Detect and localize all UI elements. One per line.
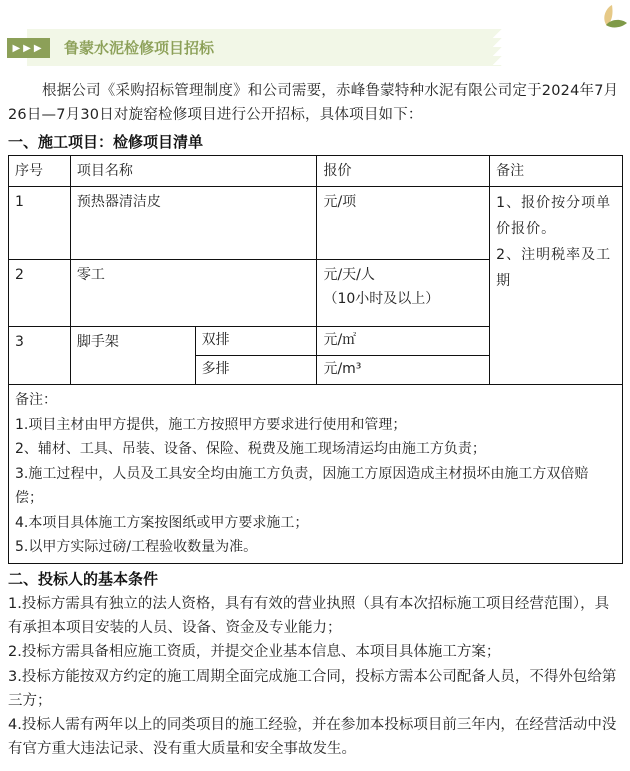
row-price: 元/天/人 （10小时及以上） [317,260,490,327]
note-item: 3.施工过程中，人员及工具安全均由施工方负责，因施工方原因造成主材损坏由施工方双… [15,462,616,511]
leaf-icon [598,4,630,30]
notes-cell: 备注： 1.项目主材由甲方提供，施工方按照甲方要求进行使用和管理； 2、辅材、工… [9,385,623,564]
header-name: 项目名称 [70,156,317,187]
notes-row: 备注： 1.项目主材由甲方提供，施工方按照甲方要求进行使用和管理； 2、辅材、工… [9,385,623,564]
remark-cell: 1、报价按分项单价报价。 2、注明税率及工期 [490,187,623,385]
section-2-heading: 二、投标人的基本条件 [8,567,158,591]
row-price: 元/m³ [317,356,490,385]
row-name: 零工 [70,260,317,327]
row-name: 预热器清洁皮 [70,187,317,260]
note-item: 5.以甲方实际过磅/工程验收数量为准。 [15,535,616,560]
header-remark: 备注 [490,156,623,187]
conditions-list: 1.投标方需具有独立的法人资格，具有有效的营业执照（具有本次招标施工项目经营范围… [8,592,623,761]
row-no: 3 [9,327,71,385]
condition-item: 1.投标方需具有独立的法人资格，具有有效的营业执照（具有本次招标施工项目经营范围… [8,592,623,640]
row-price-unit: 元/天/人 [323,263,483,287]
row-price-note: （10小时及以上） [323,287,483,311]
remark-line: 1、报价按分项单价报价。 [496,190,616,242]
page-title: 鲁蒙水泥检修项目招标 [64,37,214,59]
triple-arrow-icon: ▶▶▶ [7,38,50,58]
row-subtype: 多排 [195,356,317,385]
table-row: 1 预热器清洁皮 元/项 1、报价按分项单价报价。 2、注明税率及工期 [9,187,623,260]
intro-paragraph: 根据公司《采购招标管理制度》和公司需要，赤峰鲁蒙特种水泥有限公司定于2024年7… [8,79,623,127]
row-name: 脚手架 [70,327,195,385]
notes-title: 备注： [15,388,616,413]
row-no: 1 [9,187,71,260]
row-price: 元/㎡ [317,327,490,356]
project-list-table: 序号 项目名称 报价 备注 1 预热器清洁皮 元/项 1、报价按分项单价报价。 … [8,155,623,564]
condition-item: 3.投标方能按双方约定的施工周期全面完成施工合同，投标方需本公司配备人员，不得外… [8,665,623,713]
note-item: 4.本项目具体施工方案按图纸或甲方要求施工； [15,511,616,536]
note-item: 2、辅材、工具、吊装、设备、保险、税费及施工现场清运均由施工方负责； [15,437,616,462]
header-price: 报价 [317,156,490,187]
condition-item: 2.投标方需具备相应施工资质，并提交企业基本信息、本项目具体施工方案； [8,640,623,664]
row-no: 2 [9,260,71,327]
condition-item: 4.投标人需有两年以上的同类项目的施工经验，并在参加本投标项目前三年内，在经营活… [8,713,623,761]
header-no: 序号 [9,156,71,187]
section-1-heading: 一、施工项目：检修项目清单 [8,130,203,154]
remark-line: 2、注明税率及工期 [496,242,616,294]
table-header-row: 序号 项目名称 报价 备注 [9,156,623,187]
note-item: 1.项目主材由甲方提供，施工方按照甲方要求进行使用和管理； [15,413,616,438]
row-price: 元/项 [317,187,490,260]
row-subtype: 双排 [195,327,317,356]
